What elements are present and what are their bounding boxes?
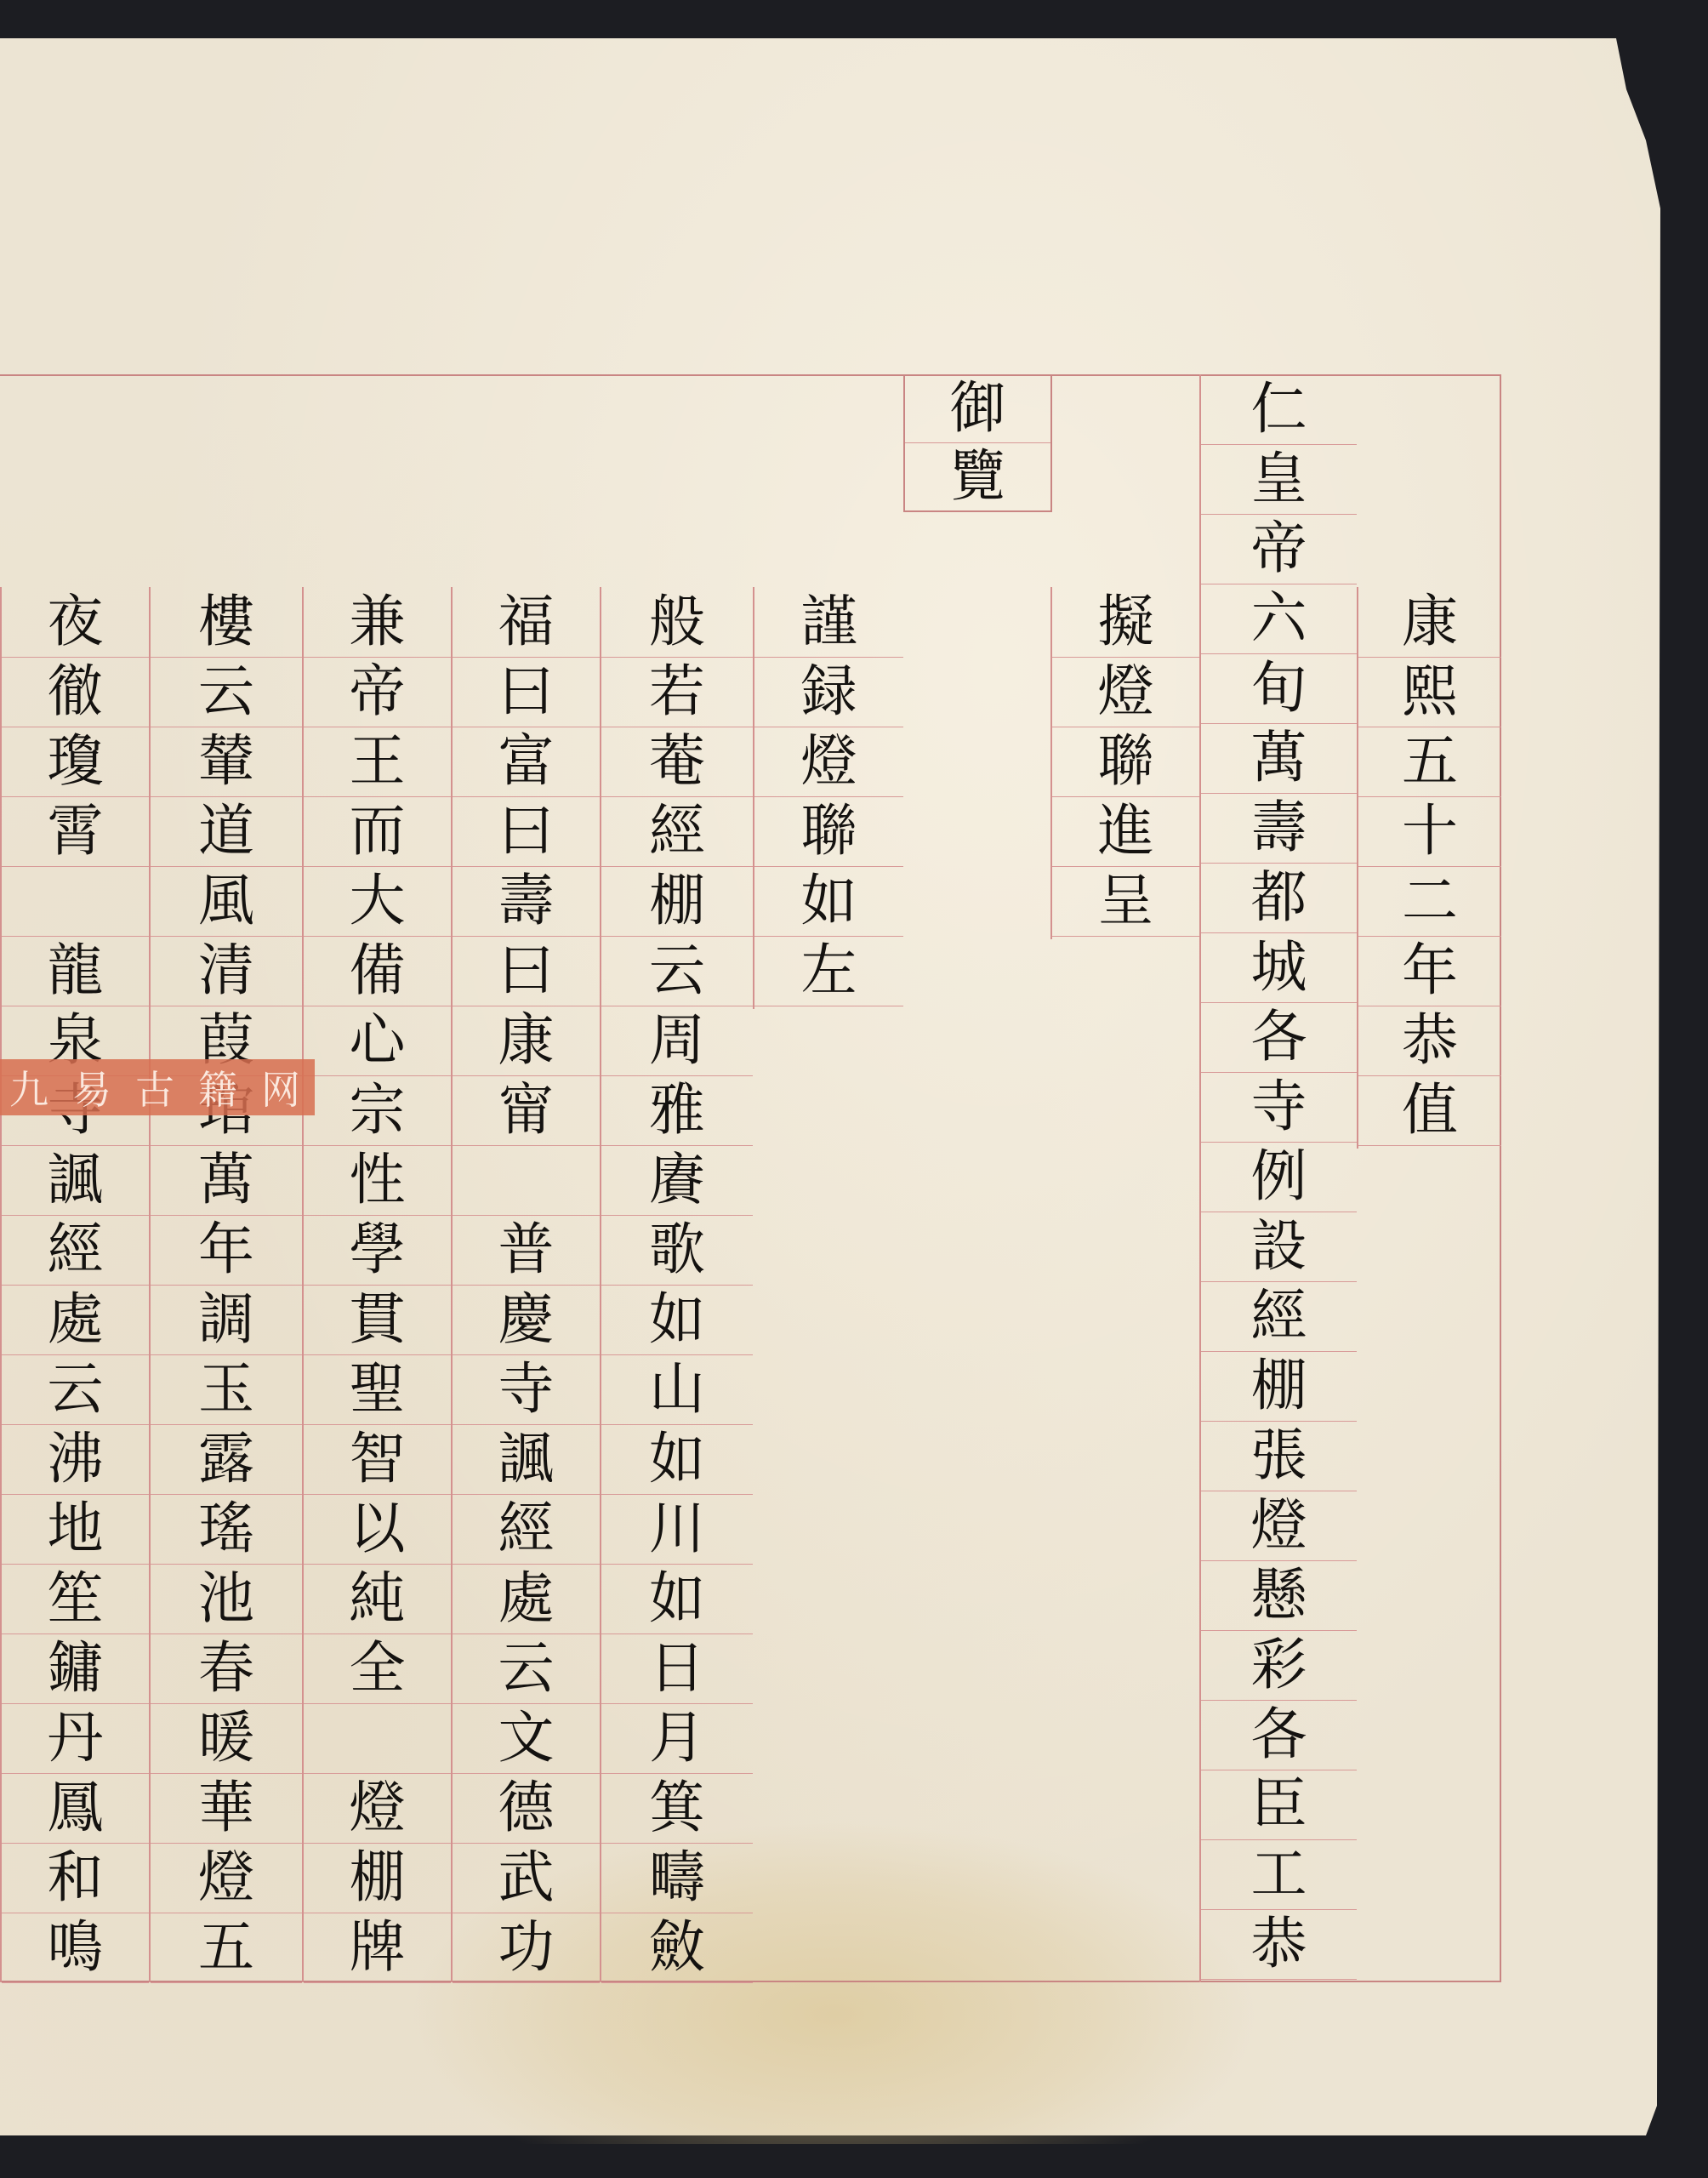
character-cell: 斂	[601, 1913, 753, 1983]
character-cell: 燈	[304, 1773, 451, 1844]
character-cell: 年	[151, 1215, 302, 1286]
character-cell: 宗	[304, 1075, 451, 1146]
watermark-char: 网	[261, 1059, 305, 1115]
character-cell: 夜	[2, 587, 149, 658]
character-cell: 擬	[1052, 587, 1199, 658]
character-cell: 風	[151, 866, 302, 937]
character-cell: 録	[754, 657, 903, 727]
character-cell: 雅	[601, 1075, 753, 1146]
character-cell: 十	[1358, 796, 1501, 867]
character-cell: 曰	[453, 936, 600, 1006]
character-cell: 聯	[754, 796, 903, 867]
character-cell: 云	[601, 936, 753, 1006]
character-cell: 臣	[1201, 1770, 1357, 1840]
character-cell: 曰	[453, 796, 600, 867]
character-cell: 城	[1201, 932, 1357, 1003]
character-cell: 二	[1358, 866, 1501, 937]
character-cell: 棚	[601, 866, 753, 937]
character-cell: 以	[304, 1494, 451, 1565]
character-cell: 鏞	[2, 1633, 149, 1704]
character-cell: 進	[1052, 796, 1199, 867]
blank-cell	[304, 1703, 451, 1774]
yulan-box	[903, 374, 1052, 512]
character-cell: 菴	[601, 727, 753, 797]
blank-cell	[453, 1145, 600, 1216]
column-B: 仁皇帝六旬萬壽都城各寺例設經棚張燈懸彩各臣工恭	[1199, 374, 1357, 1982]
character-cell: 全	[304, 1633, 451, 1704]
character-cell: 文	[453, 1703, 600, 1774]
character-cell: 富	[453, 727, 600, 797]
character-cell: 聖	[304, 1354, 451, 1425]
character-cell: 萬	[151, 1145, 302, 1216]
character-cell: 徹	[2, 657, 149, 727]
character-cell: 玉	[151, 1354, 302, 1425]
character-cell: 龍	[2, 936, 149, 1006]
character-cell: 德	[453, 1773, 600, 1844]
character-cell: 各	[1201, 1002, 1357, 1073]
character-cell: 萬	[1201, 723, 1357, 794]
character-cell: 鳴	[2, 1913, 149, 1983]
character-cell: 日	[601, 1633, 753, 1704]
column-E: 謹録燈聯如左	[753, 587, 903, 1009]
blank-cell	[2, 866, 149, 937]
character-cell: 仁	[1201, 374, 1357, 445]
character-cell: 經	[601, 796, 753, 867]
character-cell: 帝	[1201, 514, 1357, 584]
character-cell: 張	[1201, 1421, 1357, 1491]
character-cell: 恭	[1358, 1006, 1501, 1076]
character-cell: 若	[601, 657, 753, 727]
character-cell: 熙	[1358, 657, 1501, 727]
character-cell: 賡	[601, 1145, 753, 1216]
character-cell: 輦	[151, 727, 302, 797]
character-cell: 燈	[1201, 1491, 1357, 1561]
watermark-char: 古	[135, 1059, 179, 1115]
character-cell: 大	[304, 866, 451, 937]
character-cell: 兼	[304, 587, 451, 658]
character-cell: 智	[304, 1424, 451, 1495]
character-cell: 旬	[1201, 653, 1357, 724]
character-cell: 清	[151, 936, 302, 1006]
character-cell: 和	[2, 1843, 149, 1913]
character-cell: 康	[453, 1006, 600, 1076]
character-cell: 普	[453, 1215, 600, 1286]
character-cell: 燈	[1052, 657, 1199, 727]
watermark-char: 易	[72, 1059, 117, 1115]
character-cell: 壽	[1201, 793, 1357, 864]
character-cell: 純	[304, 1564, 451, 1634]
character-cell: 鳳	[2, 1773, 149, 1844]
character-cell: 心	[304, 1006, 451, 1076]
column-G: 福曰富曰壽曰康甯 普慶寺諷經處云文德武功	[451, 587, 600, 1982]
character-cell: 諷	[453, 1424, 600, 1495]
character-cell: 春	[151, 1633, 302, 1704]
character-cell: 而	[304, 796, 451, 867]
character-cell: 寺	[1201, 1072, 1357, 1143]
character-cell: 經	[453, 1494, 600, 1565]
character-cell: 都	[1201, 863, 1357, 933]
character-cell: 處	[2, 1285, 149, 1355]
character-cell: 般	[601, 587, 753, 658]
character-cell: 棚	[1201, 1351, 1357, 1422]
character-cell: 五	[151, 1913, 302, 1983]
character-cell: 丹	[2, 1703, 149, 1774]
character-cell: 左	[754, 936, 903, 1006]
character-cell: 皇	[1201, 444, 1357, 515]
character-cell: 地	[2, 1494, 149, 1565]
character-cell: 沸	[2, 1424, 149, 1495]
character-cell: 甯	[453, 1075, 600, 1146]
watermark-char: 籍	[198, 1059, 242, 1115]
character-cell: 壽	[453, 866, 600, 937]
character-cell: 月	[601, 1703, 753, 1774]
character-cell: 燈	[151, 1843, 302, 1913]
character-cell: 寺	[453, 1354, 600, 1425]
column-A: 康熙五十二年恭值	[1357, 587, 1501, 1149]
character-cell: 燈	[754, 727, 903, 797]
character-cell: 武	[453, 1843, 600, 1913]
watermark-banner: 九 易 古 籍 网	[0, 1059, 315, 1115]
character-cell: 諷	[2, 1145, 149, 1216]
character-cell: 王	[304, 727, 451, 797]
character-cell: 五	[1358, 727, 1501, 797]
character-cell: 疇	[601, 1843, 753, 1913]
character-cell: 備	[304, 936, 451, 1006]
character-cell: 功	[453, 1913, 600, 1983]
character-cell: 彩	[1201, 1630, 1357, 1701]
character-cell: 值	[1358, 1075, 1501, 1146]
character-cell: 經	[1201, 1281, 1357, 1352]
character-cell: 瑤	[151, 1494, 302, 1565]
character-cell: 暖	[151, 1703, 302, 1774]
character-cell: 處	[453, 1564, 600, 1634]
character-cell: 棚	[304, 1843, 451, 1913]
column-J: 夜徹瓊霄 龍泉寺諷經處云沸地笙鏞丹鳳和鳴	[0, 587, 149, 1982]
character-cell: 牌	[304, 1913, 451, 1983]
character-cell: 如	[601, 1424, 753, 1495]
character-cell: 六	[1201, 584, 1357, 654]
character-cell: 川	[601, 1494, 753, 1565]
character-cell: 池	[151, 1564, 302, 1634]
character-cell: 笙	[2, 1564, 149, 1634]
character-cell: 性	[304, 1145, 451, 1216]
character-cell: 年	[1358, 936, 1501, 1006]
character-cell: 華	[151, 1773, 302, 1844]
column-H: 兼帝王而大備心宗性學貫聖智以純全 燈棚牌	[302, 587, 451, 1982]
column-I: 樓云輦道風清葭琯萬年調玉露瑤池春暖華燈五	[149, 587, 302, 1982]
character-cell: 設	[1201, 1212, 1357, 1282]
character-cell: 聯	[1052, 727, 1199, 797]
character-cell: 霄	[2, 796, 149, 867]
column-C: 擬燈聯進呈	[1050, 587, 1199, 939]
character-cell: 曰	[453, 657, 600, 727]
column-F: 般若菴經棚云周雅賡歌如山如川如日月箕疇斂	[600, 587, 753, 1982]
character-cell: 露	[151, 1424, 302, 1495]
character-cell: 福	[453, 587, 600, 658]
character-cell: 周	[601, 1006, 753, 1076]
character-cell: 歌	[601, 1215, 753, 1286]
character-cell: 例	[1201, 1142, 1357, 1212]
character-cell: 貫	[304, 1285, 451, 1355]
character-cell: 帝	[304, 657, 451, 727]
character-cell: 工	[1201, 1839, 1357, 1910]
character-cell: 箕	[601, 1773, 753, 1844]
character-cell: 山	[601, 1354, 753, 1425]
character-cell: 呈	[1052, 866, 1199, 937]
character-cell: 云	[2, 1354, 149, 1425]
character-cell: 懸	[1201, 1560, 1357, 1631]
character-cell: 康	[1358, 587, 1501, 658]
character-cell: 瓊	[2, 727, 149, 797]
character-cell: 恭	[1201, 1909, 1357, 1980]
character-cell: 樓	[151, 587, 302, 658]
character-cell: 道	[151, 796, 302, 867]
character-cell: 如	[601, 1564, 753, 1634]
character-cell: 各	[1201, 1700, 1357, 1770]
character-cell: 如	[601, 1285, 753, 1355]
character-cell: 云	[151, 657, 302, 727]
watermark-char: 九	[9, 1059, 54, 1115]
character-cell: 經	[2, 1215, 149, 1286]
character-cell: 學	[304, 1215, 451, 1286]
character-cell: 調	[151, 1285, 302, 1355]
character-cell: 如	[754, 866, 903, 937]
character-cell: 謹	[754, 587, 903, 658]
character-cell: 云	[453, 1633, 600, 1704]
character-cell: 慶	[453, 1285, 600, 1355]
